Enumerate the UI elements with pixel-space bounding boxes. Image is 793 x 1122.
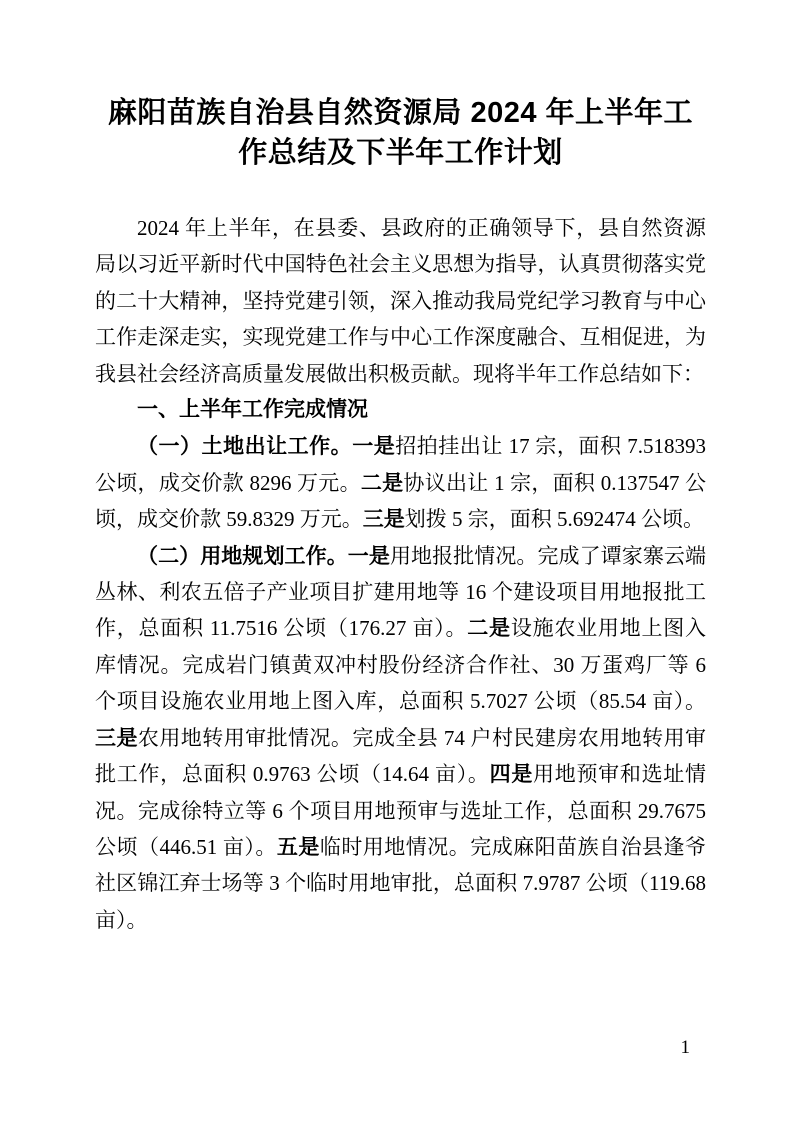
text-run-lead: 二是 (361, 471, 404, 495)
page-number: 1 (681, 1036, 691, 1060)
text-run-lead: 五是 (277, 835, 320, 859)
text-run-lead: 四是 (490, 762, 533, 786)
paragraph-land-planning: （二）用地规划工作。一是用地报批情况。完成了谭家寨云端丛林、利农五倍子产业项目扩… (95, 538, 706, 938)
document-title: 麻阳苗族自治县自然资源局 2024 年上半年工作总结及下半年工作计划 (95, 93, 706, 173)
page-content: 麻阳苗族自治县自然资源局 2024 年上半年工作总结及下半年工作计划 2024 … (0, 0, 793, 938)
text-run-lead: 二是 (467, 616, 511, 640)
document-page: 麻阳苗族自治县自然资源局 2024 年上半年工作总结及下半年工作计划 2024 … (0, 0, 793, 1122)
text-run-lead: 三是 (95, 726, 138, 750)
intro-paragraph: 2024 年上半年，在县委、县政府的正确领导下，县自然资源局以习近平新时代中国特… (95, 210, 706, 392)
section-heading-first-half-work: 一、上半年工作完成情况 (95, 392, 706, 428)
text-run-lead: （一）土地出让工作。一是 (137, 434, 395, 458)
text-run-lead: （二）用地规划工作。一是 (137, 544, 390, 568)
paragraph-land-transfer: （一）土地出让工作。一是招拍挂出让 17 宗，面积 7.518393 公顷，成交… (95, 428, 706, 537)
text-run: 划拨 5 宗，面积 5.692474 公顷。 (405, 507, 704, 531)
text-run-lead: 三是 (363, 507, 405, 531)
